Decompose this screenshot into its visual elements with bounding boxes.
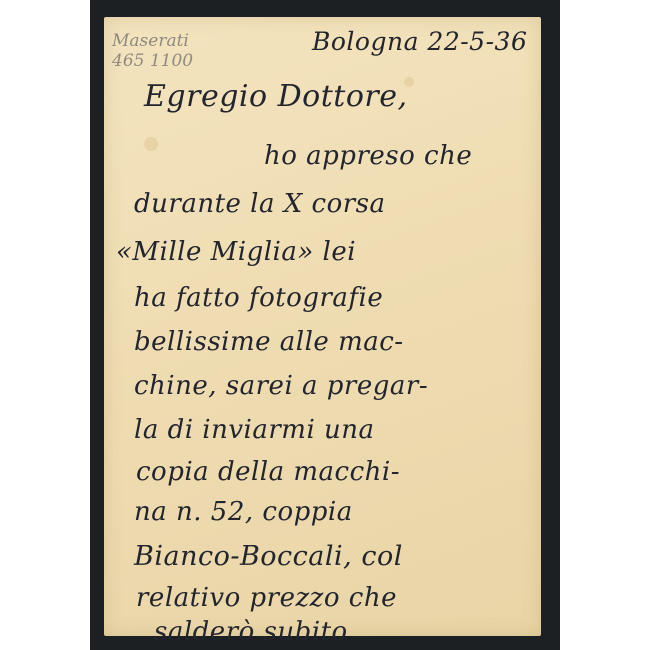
paper-stain [144, 137, 158, 151]
body-line: salderò subito [154, 617, 348, 647]
scan-frame: Maserati 465 1100 Bologna 22-5-36 Egregi… [90, 0, 560, 650]
body-line: relativo prezzo che [136, 583, 397, 613]
body-line: Bianco-Boccali, col [134, 541, 403, 572]
pencil-note-line1: Maserati [112, 31, 193, 51]
body-line: la di inviarmi una [134, 415, 375, 445]
body-line: ho appreso che [264, 141, 472, 171]
body-line: na n. 52, coppia [134, 497, 353, 527]
body-line: durante la X corsa [134, 189, 386, 219]
salutation: Egregio Dottore, [144, 79, 408, 114]
body-line: chine, sarei a pregar- [134, 371, 428, 401]
pencil-note: Maserati 465 1100 [112, 31, 193, 71]
body-line: «Mille Miglia» lei [116, 237, 356, 267]
postcard: Maserati 465 1100 Bologna 22-5-36 Egregi… [104, 17, 541, 636]
pencil-note-line2: 465 1100 [112, 51, 193, 71]
body-line: copia della macchi- [136, 457, 400, 487]
body-line: bellissime alle mac- [134, 327, 404, 357]
body-line: ha fatto fotografie [134, 283, 383, 313]
date-line: Bologna 22-5-36 [312, 27, 527, 56]
